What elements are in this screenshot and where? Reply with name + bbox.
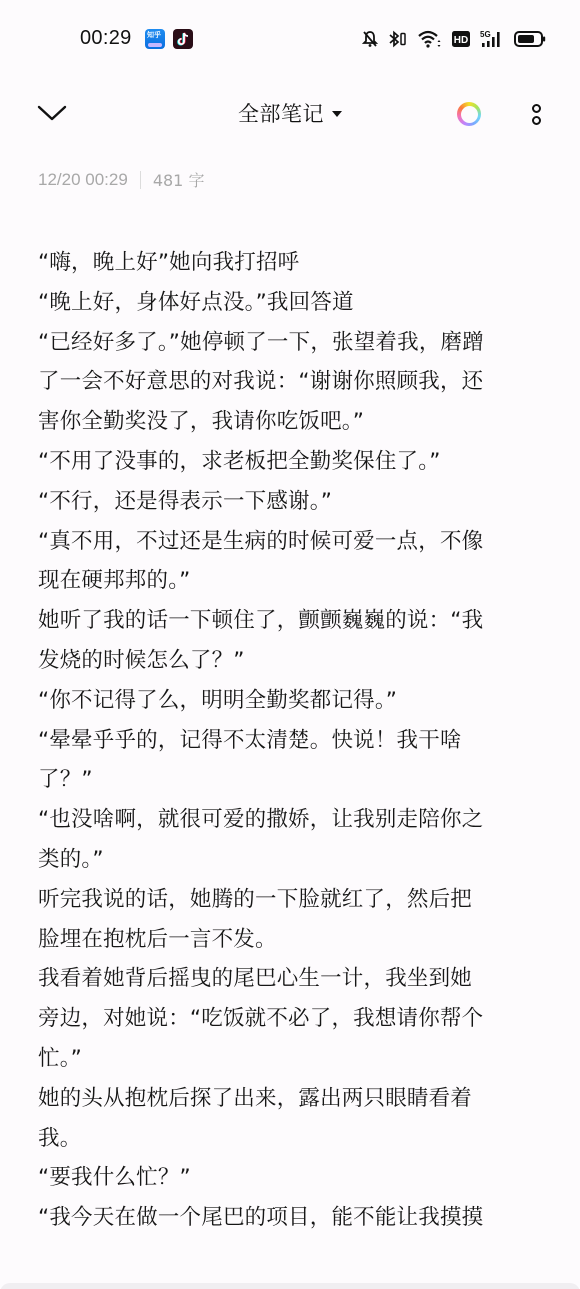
douyin-app-icon	[173, 29, 193, 49]
wifi-icon	[418, 30, 442, 48]
system-icons: HD 5G	[362, 28, 546, 50]
note-line: 害你全勤奖没了，我请你吃饭吧。”	[38, 402, 548, 442]
note-line: 我。	[38, 1119, 548, 1159]
note-line: “晕晕乎乎的，记得不太清楚。快说！我干啥	[38, 721, 548, 761]
note-line: “不行，还是得表示一下感谢。”	[38, 482, 548, 522]
bottom-toolbar-edge	[0, 1283, 580, 1289]
note-header: 全部笔记	[0, 90, 580, 138]
more-dot-icon	[532, 104, 541, 113]
note-line: 了？”	[38, 760, 548, 800]
battery-icon	[514, 30, 546, 48]
note-line: “要我什么忙？”	[38, 1158, 548, 1198]
theme-color-button[interactable]	[455, 100, 483, 128]
zhihu-label: 知乎	[147, 31, 161, 39]
note-screen: 00:29 知乎	[0, 0, 580, 1289]
note-line: 发烧的时候怎么了？”	[38, 641, 548, 681]
more-dot-icon	[532, 116, 541, 125]
svg-text:HD: HD	[454, 35, 468, 46]
color-ring-icon	[457, 102, 481, 126]
note-line: 了一会不好意思的对我说：“谢谢你照顾我，还	[38, 362, 548, 402]
caret-down-icon	[332, 111, 342, 117]
bell-off-icon	[362, 30, 378, 48]
note-line: 现在硬邦邦的。”	[38, 561, 548, 601]
note-line: “晚上好，身体好点没。”我回答道	[38, 283, 548, 323]
note-line: 类的。”	[38, 840, 548, 880]
title-wrap: 全部笔记	[0, 98, 580, 128]
note-datetime: 12/20 00:29	[38, 170, 128, 190]
note-line: 她的头从抱枕后探了出来，露出两只眼睛看着	[38, 1079, 548, 1119]
zhihu-app-icon: 知乎	[145, 29, 165, 49]
note-line: 脸埋在抱枕后一言不发。	[38, 920, 548, 960]
status-bar: 00:29 知乎	[0, 0, 580, 78]
note-line: 忙。”	[38, 1039, 548, 1079]
note-line: 旁边，对她说：“吃饭就不必了，我想请你帮个	[38, 999, 548, 1039]
note-line: 我看着她背后摇曳的尾巴心生一计，我坐到她	[38, 959, 548, 999]
note-line: “不用了没事的，求老板把全勤奖保住了。”	[38, 442, 548, 482]
bluetooth-icon	[388, 30, 408, 48]
word-count: 481 字	[153, 168, 205, 191]
note-line: 她听了我的话一下顿住了，颤颤巍巍的说：“我	[38, 601, 548, 641]
note-line: “我今天在做一个尾巴的项目，能不能让我摸摸	[38, 1198, 548, 1238]
5g-signal-icon: 5G	[480, 30, 504, 48]
note-line: “你不记得了么，明明全勤奖都记得。”	[38, 681, 548, 721]
note-line: “真不用，不过还是生病的时候可爱一点，不像	[38, 522, 548, 562]
note-line: “已经好多了。”她停顿了一下，张望着我，磨蹭	[38, 323, 548, 363]
notebook-title: 全部笔记	[238, 98, 324, 128]
status-time: 00:29	[80, 27, 132, 50]
notebook-selector[interactable]: 全部笔记	[238, 98, 342, 128]
note-meta: 12/20 00:29 481 字	[38, 168, 204, 191]
note-line: “也没啥啊，就很可爱的撒娇，让我别走陪你之	[38, 800, 548, 840]
meta-divider	[140, 171, 141, 189]
note-body-editor[interactable]: “嗨，晚上好”她向我打招呼 “晚上好，身体好点没。”我回答道 “已经好多了。”她…	[38, 243, 548, 1238]
note-line: 听完我说的话，她腾的一下脸就红了，然后把	[38, 880, 548, 920]
svg-text:5G: 5G	[480, 30, 491, 39]
note-line: “嗨，晚上好”她向我打招呼	[38, 243, 548, 283]
more-options-button[interactable]	[524, 98, 548, 130]
hd-icon: HD	[452, 31, 470, 47]
